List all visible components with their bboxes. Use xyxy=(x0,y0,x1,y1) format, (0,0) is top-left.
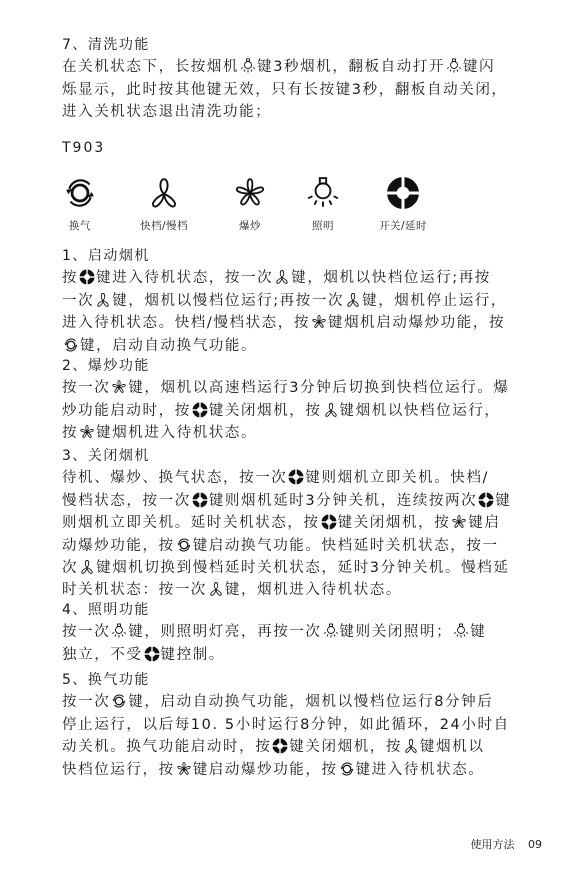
text-line: 进入待机状态。快档/慢档状态，按键烟机启动爆炒功能，按 xyxy=(62,312,532,334)
ventilation-icon xyxy=(339,761,355,777)
text-run: 按一次 xyxy=(62,694,110,710)
text-run: 慢档状态，按一次 xyxy=(62,493,191,509)
fan-speed-icon xyxy=(403,738,419,754)
power-delay-icon xyxy=(192,402,208,418)
section-start-hood: 1、启动烟机 按键进入待机状态，按一次键，烟机以快档位运行;再按一次键，烟机以慢… xyxy=(62,245,532,357)
text-line: 按一次键，启动自动换气功能，烟机以慢档位运行8分钟后 xyxy=(62,691,532,713)
section-shutdown: 3、关闭烟机 待机、爆炒、换气状态，按一次键则烟机立即关机。快档/慢档状态，按一… xyxy=(62,445,532,602)
section-ventilation: 5、换气功能 按一次键，启动自动换气功能，烟机以慢档位运行8分钟后停止运行，以后… xyxy=(62,669,532,781)
text-run: 键，烟机以慢档位运行;再按一次 xyxy=(112,293,344,309)
power-delay-icon xyxy=(478,492,494,508)
text-line: 停止运行，以后每10. 5小时运行8分钟，如此循环，24小时自 xyxy=(62,714,532,736)
section-lighting: 4、照明功能 按一次键，则照明灯亮，再按一次键则关闭照明；键独立，不受键控制。 xyxy=(62,599,532,666)
section-heading: 5、换气功能 xyxy=(62,669,532,691)
text-run: 一次 xyxy=(62,293,94,309)
text-run: 键烟机以快档位运行， xyxy=(340,403,501,419)
text-line: 按一次键，则照明灯亮，再按一次键则关闭照明；键 xyxy=(62,621,532,643)
legend-boost-fry: 爆炒 xyxy=(210,176,290,233)
text-run: 键，启动自动换气功能。 xyxy=(80,338,257,354)
ventilation-icon xyxy=(111,693,127,709)
section-heading: 7、清洗功能 xyxy=(62,34,532,56)
legend-fan-speed: 快档/慢档 xyxy=(124,176,204,233)
text-run: 键则烟机立即关机。快档/ xyxy=(305,470,489,486)
boost-fry-icon xyxy=(111,379,127,395)
text-run: 键进入待机状态。 xyxy=(356,762,485,778)
legend-label: 快档/慢档 xyxy=(124,218,204,233)
fan-speed-icon xyxy=(79,559,95,575)
text-run: 键烟机进入待机状态。 xyxy=(96,425,257,441)
text-run: 键关闭烟机，按 xyxy=(209,403,322,419)
light-icon xyxy=(453,623,469,639)
legend-power-delay: 开关/延时 xyxy=(363,176,443,233)
section-heading: 3、关闭烟机 xyxy=(62,445,532,467)
legend-light: 照明 xyxy=(283,176,363,233)
boost-fry-icon xyxy=(233,176,267,210)
light-icon xyxy=(111,623,127,639)
footer-label: 使用方法 xyxy=(471,838,515,851)
text-run: 键烟机以 xyxy=(420,739,484,755)
text-line: 动关机。换气功能启动时，按键关闭烟机，按键烟机以 xyxy=(62,736,532,758)
power-delay-icon xyxy=(79,269,95,285)
fan-speed-icon xyxy=(208,581,224,597)
text-run: 键，烟机进入待机状态。 xyxy=(225,582,402,598)
ventilation-icon xyxy=(63,176,97,210)
text-line: 按键进入待机状态，按一次键，烟机以快档位运行;再按 xyxy=(62,267,532,289)
light-icon xyxy=(306,176,340,210)
text-run: 烁显示，此时按其他键无效，只有长按键3秒，翻板自动关闭， xyxy=(62,82,508,98)
legend-label: 照明 xyxy=(283,218,363,233)
text-line: 独立，不受键控制。 xyxy=(62,644,532,666)
text-run: 键3秒烟机，翻板自动打开 xyxy=(257,59,445,75)
text-line: 次键烟机切换到慢档延时关机状态，延时3分钟关机。慢档延 xyxy=(62,557,532,579)
legend-ventilation: 换气 xyxy=(40,176,120,233)
text-run: 键则关闭照明； xyxy=(340,624,453,640)
power-delay-icon xyxy=(386,176,420,210)
text-line: 进入关机状态退出清洗功能； xyxy=(62,101,532,123)
fan-speed-icon xyxy=(147,176,181,210)
text-run: 键关闭烟机，按 xyxy=(338,515,451,531)
text-run: 在关机状态下，长按烟机 xyxy=(62,59,239,75)
legend-label: 换气 xyxy=(40,218,120,233)
text-line: 一次键，烟机以慢档位运行;再按一次键，烟机停止运行， xyxy=(62,290,532,312)
text-run: 按一次 xyxy=(62,380,110,396)
text-run: 按一次 xyxy=(62,624,110,640)
power-delay-icon xyxy=(321,514,337,530)
text-run: 键进入待机状态，按一次 xyxy=(96,270,273,286)
fan-speed-icon xyxy=(95,292,111,308)
text-line: 待机、爆炒、换气状态，按一次键则烟机立即关机。快档/ xyxy=(62,467,532,489)
boost-fry-icon xyxy=(451,514,467,530)
control-icon-legend: 换气 快档/慢档 爆炒 照明 开关/延时 xyxy=(62,176,482,236)
text-line: 炒功能启动时，按键关闭烟机，按键烟机以快档位运行， xyxy=(62,400,532,422)
power-delay-icon xyxy=(144,646,160,662)
text-run: 键，烟机停止运行， xyxy=(362,293,507,309)
text-line: 按键烟机进入待机状态。 xyxy=(62,422,532,444)
ventilation-icon xyxy=(63,337,79,353)
text-run: 动关机。换气功能启动时，按 xyxy=(62,739,271,755)
text-run: 键，则照明灯亮，再按一次 xyxy=(128,624,321,640)
text-run: 按 xyxy=(62,425,78,441)
text-run: 独立，不受 xyxy=(62,647,143,663)
section-heading: 2、爆炒功能 xyxy=(62,355,532,377)
ventilation-icon xyxy=(176,537,192,553)
text-run: 键烟机切换到慢档延时关机状态，延时3分钟关机。慢档延 xyxy=(96,560,509,576)
section-heading: 1、启动烟机 xyxy=(62,245,532,267)
section-heading: 4、照明功能 xyxy=(62,599,532,621)
text-run: 键 xyxy=(470,624,486,640)
text-line: 动爆炒功能，按键启动换气功能。快档延时关机状态，按一 xyxy=(62,535,532,557)
text-run: 键控制。 xyxy=(161,647,225,663)
boost-fry-icon xyxy=(79,424,95,440)
power-delay-icon xyxy=(192,492,208,508)
text-run: 次 xyxy=(62,560,78,576)
text-run: 炒功能启动时，按 xyxy=(62,403,191,419)
text-line: 在关机状态下，长按烟机键3秒烟机，翻板自动打开键闪 xyxy=(62,56,532,78)
page-number: 09 xyxy=(528,838,542,851)
page-footer: 使用方法 09 xyxy=(461,836,543,852)
text-run: 进入关机状态退出清洗功能； xyxy=(62,104,271,120)
model-number: T903 xyxy=(62,140,105,156)
text-run: 键，启动自动换气功能，烟机以慢档位运行8分钟后 xyxy=(128,694,493,710)
legend-label: 开关/延时 xyxy=(363,218,443,233)
text-run: 进入待机状态。快档/慢档状态，按 xyxy=(62,315,310,331)
boost-fry-icon xyxy=(311,314,327,330)
fan-speed-icon xyxy=(323,402,339,418)
boost-fry-icon xyxy=(176,761,192,777)
text-run: 键启 xyxy=(468,515,500,531)
light-icon xyxy=(446,58,462,74)
text-run: 键则烟机延时3分钟关机，连续按两次 xyxy=(209,493,477,509)
power-delay-icon xyxy=(272,738,288,754)
section-cleaning: 7、清洗功能 在关机状态下，长按烟机键3秒烟机，翻板自动打开键闪烁显示，此时按其… xyxy=(62,34,532,124)
text-run: 按 xyxy=(62,270,78,286)
fan-speed-icon xyxy=(345,292,361,308)
text-run: 动爆炒功能，按 xyxy=(62,538,175,554)
text-line: 则烟机立即关机。延时关机状态，按键关闭烟机，按键启 xyxy=(62,512,532,534)
text-run: 键启动爆炒功能，按 xyxy=(193,762,338,778)
light-icon xyxy=(240,58,256,74)
power-delay-icon xyxy=(288,469,304,485)
text-run: 时关机状态：按一次 xyxy=(62,582,207,598)
text-run: 键烟机启动爆炒功能，按 xyxy=(328,315,505,331)
text-line: 按一次键，烟机以高速档运行3分钟后切换到快档位运行。爆 xyxy=(62,377,532,399)
section-boost-fry: 2、爆炒功能 按一次键，烟机以高速档运行3分钟后切换到快档位运行。爆炒功能启动时… xyxy=(62,355,532,445)
text-line: 快档位运行，按键启动爆炒功能，按键进入待机状态。 xyxy=(62,759,532,781)
legend-label: 爆炒 xyxy=(210,218,290,233)
text-line: 键，启动自动换气功能。 xyxy=(62,335,532,357)
text-run: 键，烟机以快档位运行;再按 xyxy=(291,270,491,286)
text-run: 键启动换气功能。快档延时关机状态，按一 xyxy=(193,538,499,554)
text-run: 停止运行，以后每10. 5小时运行8分钟，如此循环，24小时自 xyxy=(62,717,510,733)
text-line: 烁显示，此时按其他键无效，只有长按键3秒，翻板自动关闭， xyxy=(62,79,532,101)
text-line: 慢档状态，按一次键则烟机延时3分钟关机，连续按两次键 xyxy=(62,490,532,512)
text-run: 键关闭烟机，按 xyxy=(289,739,402,755)
text-run: 键，烟机以高速档运行3分钟后切换到快档位运行。爆 xyxy=(128,380,509,396)
text-run: 待机、爆炒、换气状态，按一次 xyxy=(62,470,287,486)
text-run: 键 xyxy=(495,493,511,509)
text-run: 键闪 xyxy=(463,59,495,75)
fan-speed-icon xyxy=(274,269,290,285)
text-run: 则烟机立即关机。延时关机状态，按 xyxy=(62,515,320,531)
light-icon xyxy=(323,623,339,639)
text-run: 快档位运行，按 xyxy=(62,762,175,778)
